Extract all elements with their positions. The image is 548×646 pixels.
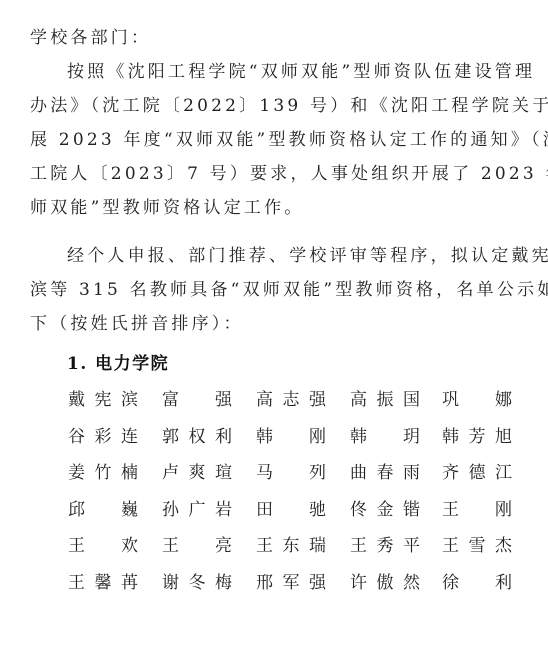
teacher-name: 姜竹楠 (68, 462, 138, 484)
section-heading: 1. 电力学院 (67, 353, 169, 375)
teacher-name: 王馨苒 (68, 572, 138, 594)
teacher-name: 许傲然 (350, 572, 420, 594)
paragraph1-line4: 工院人〔2023〕7 号）要求，人事处组织开展了 2023 年度“双 (30, 163, 530, 185)
teacher-name: 巩娜 (442, 389, 512, 411)
teacher-name: 高志强 (256, 389, 326, 411)
teacher-name: 王欢 (68, 535, 138, 557)
salutation: 学校各部门： (30, 27, 530, 49)
teacher-name: 韩芳旭 (442, 426, 512, 448)
teacher-name: 韩刚 (256, 426, 326, 448)
teacher-name: 邱巍 (68, 499, 138, 521)
teacher-name: 富强 (162, 389, 232, 411)
teacher-name: 齐德江 (442, 462, 512, 484)
teacher-name: 王刚 (442, 499, 512, 521)
teacher-name: 王雪杰 (442, 535, 512, 557)
teacher-name: 谷彩连 (68, 426, 138, 448)
paragraph2-line1: 经个人申报、部门推荐、学校评审等程序，拟认定戴宪 (67, 245, 548, 267)
teacher-name: 高振国 (350, 389, 420, 411)
teacher-name: 韩玥 (350, 426, 420, 448)
teacher-name: 田驰 (256, 499, 326, 521)
teacher-name: 佟金锴 (350, 499, 420, 521)
teacher-name: 邢军强 (256, 572, 326, 594)
teacher-name: 马列 (256, 462, 326, 484)
teacher-name: 谢冬梅 (162, 572, 232, 594)
paragraph1-line1: 按照《沈阳工程学院“双师双能”型师资队伍建设管理 (67, 61, 548, 83)
teacher-name: 卢爽瑄 (162, 462, 232, 484)
teacher-name: 徐利 (442, 572, 512, 594)
teacher-name: 王亮 (162, 535, 232, 557)
paragraph2-line3: 下（按姓氏拼音排序）： (30, 313, 530, 335)
paragraph1-line3: 展 2023 年度“双师双能”型教师资格认定工作的通知》（沈 (30, 129, 530, 151)
paragraph1-line5: 师双能”型教师资格认定工作。 (30, 197, 530, 219)
paragraph2-line2: 滨等 315 名教师具备“双师双能”型教师资格，名单公示如 (30, 279, 530, 301)
teacher-name: 孙广岩 (162, 499, 232, 521)
teacher-name: 王东瑞 (256, 535, 326, 557)
paragraph1-line2: 办法》（沈工院〔2022〕139 号）和《沈阳工程学院关于开 (30, 95, 530, 117)
teacher-name: 曲春雨 (350, 462, 420, 484)
teacher-name: 王秀平 (350, 535, 420, 557)
document-page: 学校各部门： 按照《沈阳工程学院“双师双能”型师资队伍建设管理 办法》（沈工院〔… (0, 0, 548, 646)
teacher-name: 戴宪滨 (68, 389, 138, 411)
teacher-name: 郭权利 (162, 426, 232, 448)
